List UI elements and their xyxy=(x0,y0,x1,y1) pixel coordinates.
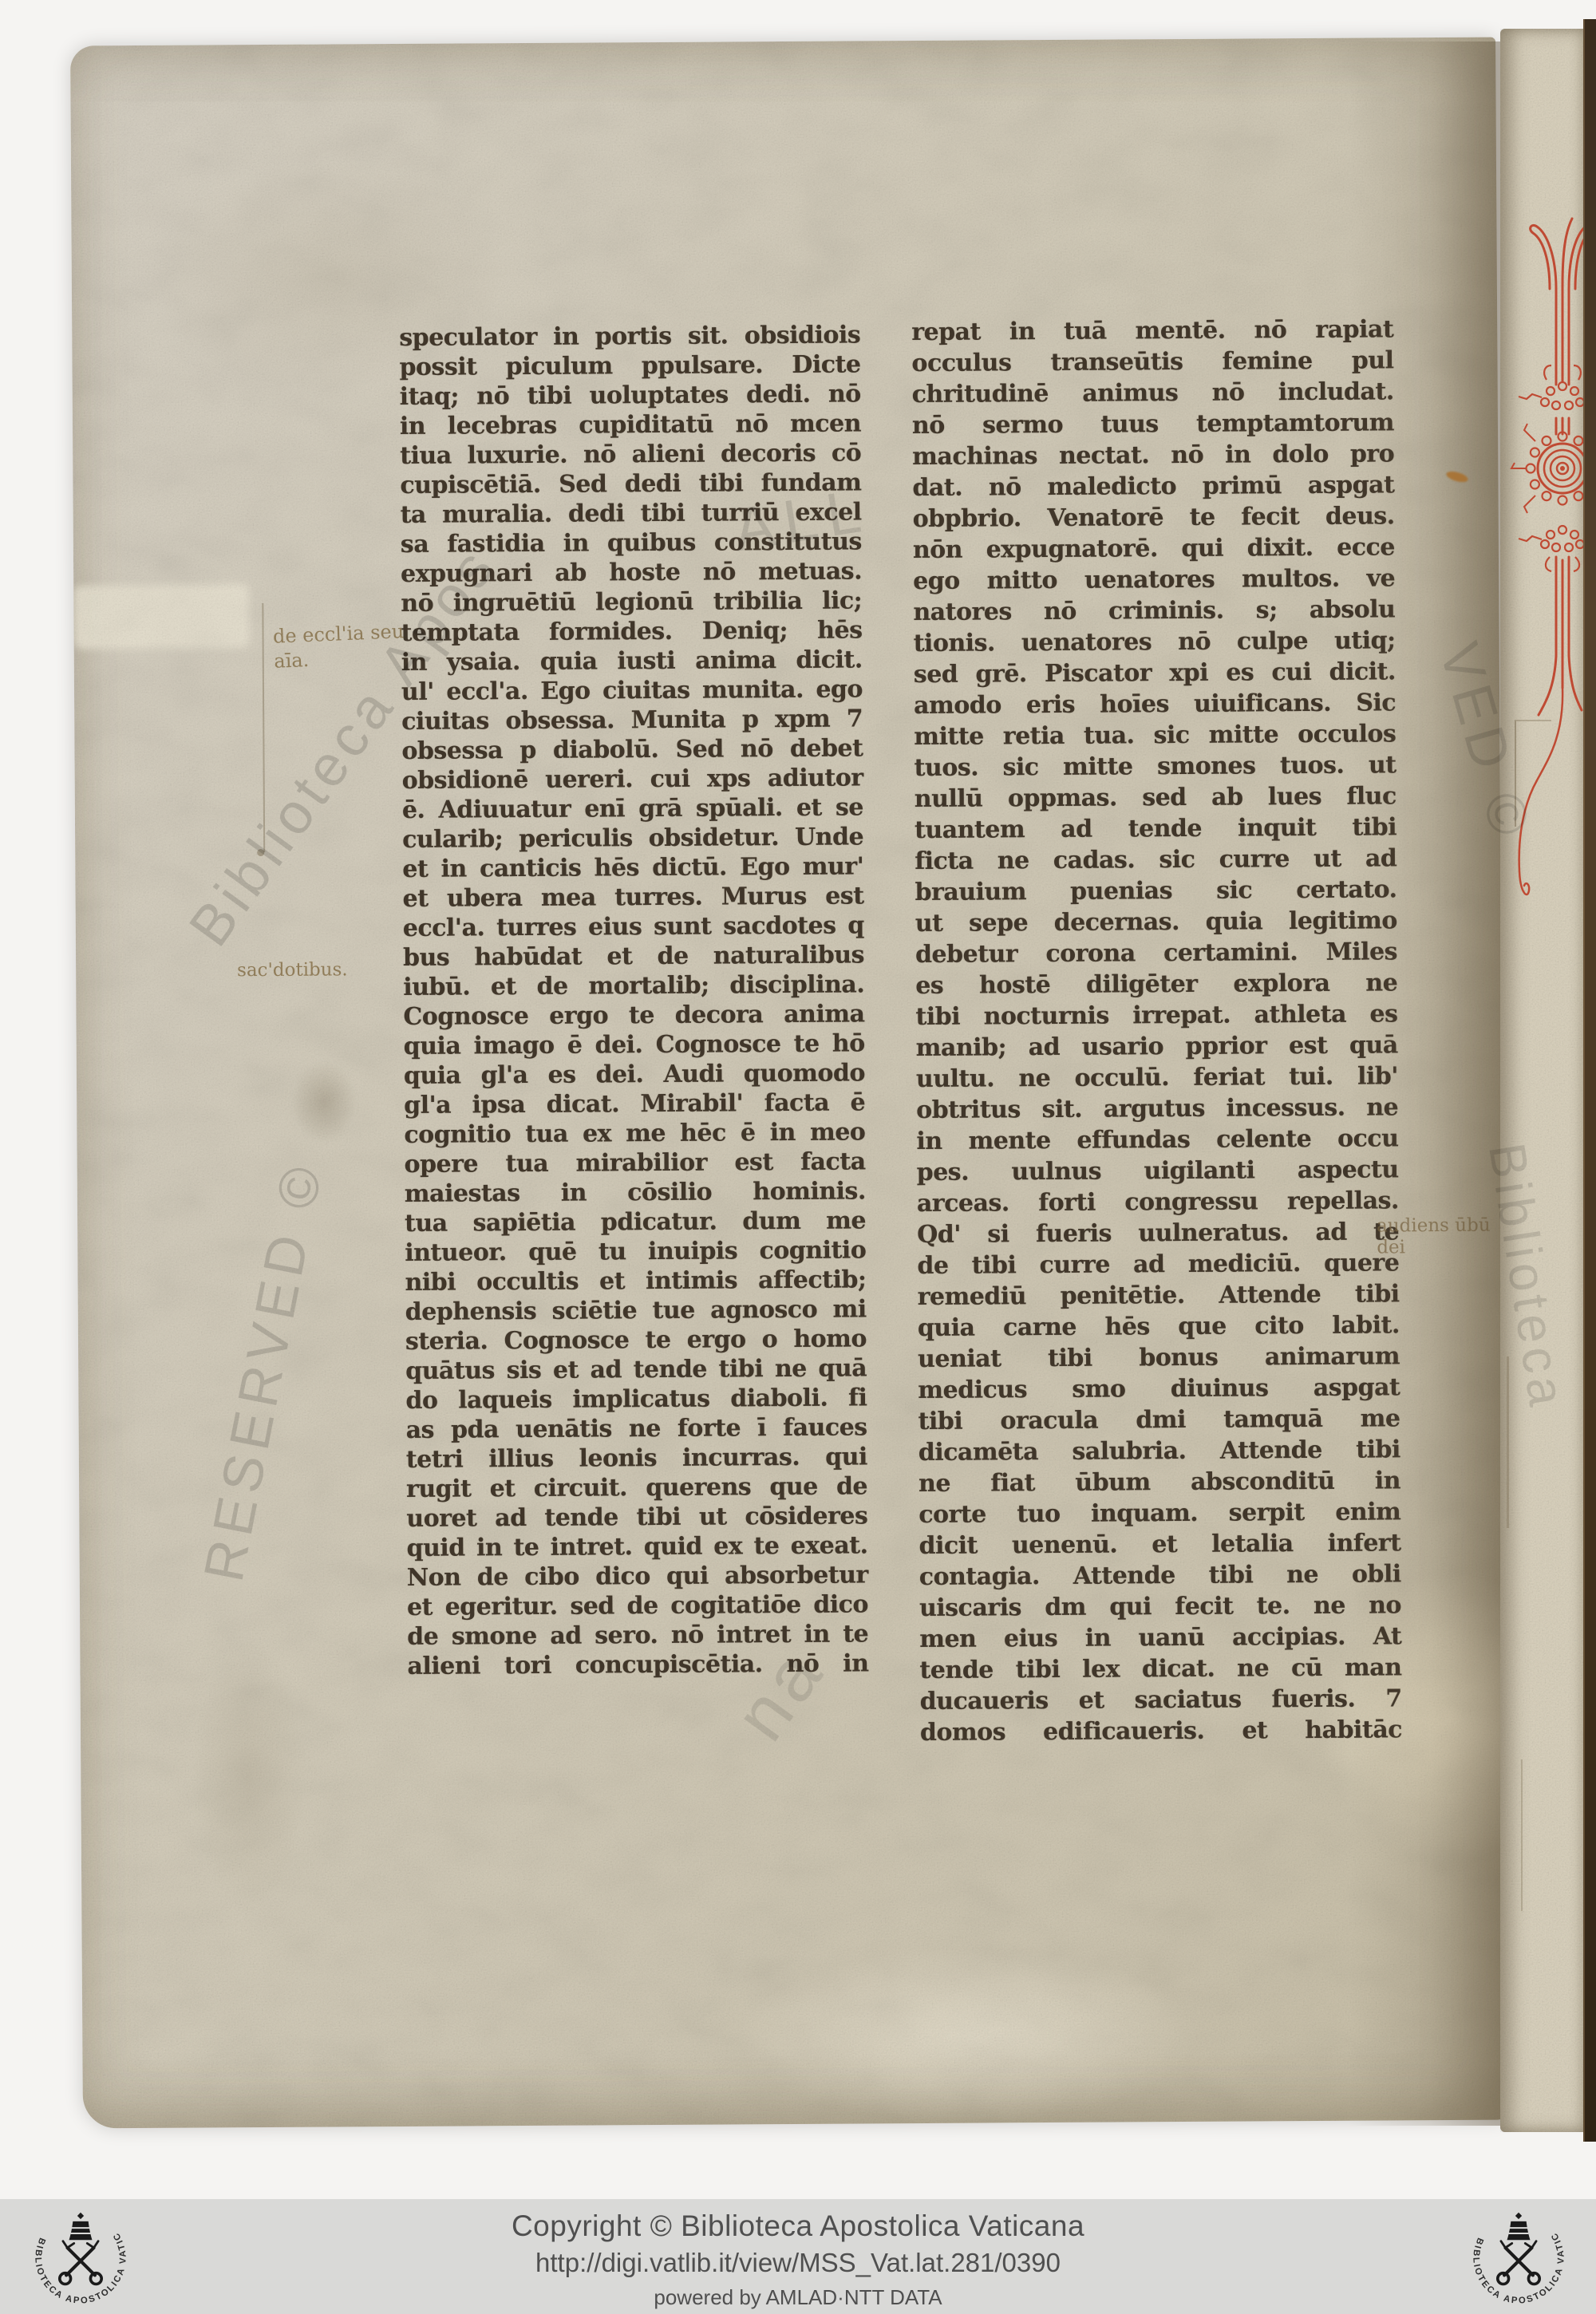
text-line: as pda uenātis ne forte ī fauces xyxy=(406,1412,867,1445)
text-line: tetri illius leonis incurras. qui xyxy=(406,1442,867,1475)
text-line: occulus transeūtis femine pul xyxy=(911,345,1393,379)
text-line: manib; ad usario pprior est quā xyxy=(916,1029,1398,1064)
text-line: mitte retia tua. sic mitte occulos xyxy=(914,718,1396,752)
text-line: quia carne hēs que cito labit. xyxy=(918,1309,1400,1344)
text-line: Cognosce ergo te decora anima xyxy=(403,999,864,1032)
copyright-footer: BIBLIOTECA APOSTOLICA VATICANA Copyright… xyxy=(0,2199,1596,2314)
stain xyxy=(672,1921,1264,2128)
text-line: et ubera mea turres. Murus est xyxy=(402,881,863,914)
text-line: itaq; nō tibi uoluptates dedi. nō xyxy=(400,379,861,412)
text-line: obpbrio. Venatorē te fecit deus. xyxy=(913,500,1395,535)
marginal-note: sac'dotibus. xyxy=(237,958,348,981)
text-line: brauium puenias sic certato. xyxy=(915,874,1396,908)
text-line: nōn expugnatorē. qui dixit. ecce xyxy=(913,531,1395,566)
text-line: in lecebras cupiditatū nō mcen xyxy=(400,409,861,441)
text-line: steria. Cognosce te ergo o homo xyxy=(405,1324,867,1356)
papal-crest-icon xyxy=(60,2213,101,2284)
text-line: tende tibi lex dicat. ne cū man xyxy=(919,1652,1401,1686)
pencil-mark xyxy=(1507,1356,1509,1528)
vatican-library-logo: BIBLIOTECA APOSTOLICA VATICANA xyxy=(1464,2201,1574,2312)
text-line: chritudinē animus nō includat. xyxy=(912,376,1394,410)
text-line: tuos. sic mitte smones tuos. ut xyxy=(914,749,1396,784)
margin-rule-mark xyxy=(257,849,264,856)
text-line: quia gl'a es dei. Audi quomodo xyxy=(404,1058,865,1091)
marginal-note-line: dei xyxy=(1377,1237,1491,1259)
text-line: quātus sis et ad tende tibi ne quā xyxy=(405,1353,867,1386)
text-line: in mente effundas celente occu xyxy=(916,1123,1398,1157)
text-line: nō sermo tuus temptamtorum xyxy=(912,407,1394,441)
text-line: obsessa p diabolū. Sed nō debet xyxy=(401,733,863,766)
manuscript-url: http://digi.vatlib.it/view/MSS_Vat.lat.2… xyxy=(319,2248,1277,2278)
text-line: tiua luxurie. nō alieni decoris cō xyxy=(400,438,861,471)
text-line: repat in tuā mentē. nō rapiat xyxy=(911,314,1393,348)
text-line: es hostē diligēter explora ne xyxy=(915,967,1397,1001)
text-line: sa fastidia in quibus constitutus xyxy=(401,527,862,559)
repair-patch xyxy=(73,584,249,649)
svg-text:BIBLIOTECA APOSTOLICA VATICANA: BIBLIOTECA APOSTOLICA VATICANA xyxy=(1464,2201,1566,2306)
text-line: et egeritur. sed de cogitatiōe dico xyxy=(407,1589,868,1622)
text-line: natores nō criminis. s; absolu xyxy=(913,594,1395,628)
text-line: speculator in portis sit. obsidiois xyxy=(399,320,860,353)
text-line: opere tua mirabilior est facta xyxy=(405,1147,866,1179)
text-line: ciuitas obsessa. Munita p xpm 7 xyxy=(401,704,863,736)
text-line: machinas nectat. nō in dolo pro xyxy=(912,438,1394,472)
margin-rule-mark xyxy=(262,603,265,852)
text-line: sed grē. Piscator xpi es cui dicit. xyxy=(914,656,1396,690)
text-line: eccl'a. turres eius sunt sacdotes q xyxy=(403,910,864,943)
powered-by-line: powered by AMLAD·NTT DATA xyxy=(319,2285,1277,2310)
text-column-left: speculator in portis sit. obsidioispossi… xyxy=(399,320,868,1680)
vatican-library-logo: BIBLIOTECA APOSTOLICA VATICANA xyxy=(26,2201,136,2312)
copyright-line: Copyright © Biblioteca Apostolica Vatica… xyxy=(319,2209,1277,2243)
text-line: bus habūdat et de naturalibus xyxy=(403,940,864,973)
text-line: remediū penitētie. Attende tibi xyxy=(918,1278,1400,1313)
text-line: uiscaris dm qui fecit te. ne no xyxy=(919,1589,1401,1624)
text-line: ducaueris et saciatus fueris. 7 xyxy=(920,1683,1402,1717)
text-line: uoret ad tende tibi ut cōsideres xyxy=(406,1501,867,1534)
binding-edge xyxy=(1583,19,1596,2142)
text-line: ego mitto uenatores multos. ve xyxy=(913,563,1395,597)
text-line: corte tuo inquam. serpit enim xyxy=(918,1496,1400,1530)
manuscript-page: speculator in portis sit. obsidioispossi… xyxy=(70,38,1508,2129)
logo-arc-text: BIBLIOTECA APOSTOLICA VATICANA xyxy=(26,2201,128,2306)
text-line: dat. nō maledicto primū aspgat xyxy=(912,469,1394,503)
text-line: nō ingruētiū legionū tribilia lic; xyxy=(401,586,862,618)
text-line: de tibi curre ad mediciū. quere xyxy=(917,1247,1399,1281)
text-line: nullū oppmas. sed ab lues fluc xyxy=(915,780,1396,815)
text-line: uultu. ne occulū. feriat tui. lib' xyxy=(916,1060,1398,1095)
text-line: amodo eris hoīes uiuificans. Sic xyxy=(914,687,1396,721)
text-line: contagia. Attende tibi ne obli xyxy=(919,1558,1401,1593)
stain xyxy=(280,1045,369,1158)
pencil-mark xyxy=(1515,720,1551,827)
text-line: cupiscētiā. Sed dedi tibi fundam xyxy=(400,468,861,500)
text-line: possit piculum ppulsare. Dicte xyxy=(399,349,860,382)
text-line: iubū. et de mortalib; disciplina. xyxy=(403,969,864,1002)
text-line: Qd' si fueris uulneratus. ad te xyxy=(917,1216,1399,1250)
text-line: Non de cibo dico qui absorbetur xyxy=(407,1560,868,1593)
text-line: ē. Adiuuatur enī grā spūali. et se xyxy=(402,792,863,825)
text-line: do laqueis implicatus diaboli. fi xyxy=(405,1383,867,1416)
text-line: tuantem ad tende inquit tibi xyxy=(915,811,1396,846)
text-line: medicus smo diuinus aspgat xyxy=(918,1372,1400,1406)
text-line: temptata formides. Deniq; hēs xyxy=(401,615,862,648)
text-line: ficta ne cadas. sic curre ut ad xyxy=(915,843,1396,877)
text-line: obtritus sit. argutus incessus. ne xyxy=(916,1092,1398,1126)
text-line: ut sepe decernas. quia legitimo xyxy=(915,905,1397,939)
marginal-note-line: aīa. xyxy=(274,644,405,674)
text-line: dicamēta salubria. Attende tibi xyxy=(918,1434,1400,1468)
text-line: nibi occultis et intimis affectib; xyxy=(405,1265,866,1297)
text-line: ul' eccl'a. Ego ciuitas munita. ego xyxy=(401,674,863,707)
text-line: tibi nocturnis irrepat. athleta es xyxy=(915,998,1397,1033)
text-line: quid in te intret. quid ex te exeat. xyxy=(406,1530,867,1563)
text-line: cularib; periculis obsidetur. Unde xyxy=(402,822,863,855)
marginal-note-line: sac'dotibus. xyxy=(237,958,348,981)
text-line: debetur corona certamini. Miles xyxy=(915,936,1397,970)
text-line: in ysaia. quia iusti anima dicit. xyxy=(401,645,863,677)
text-line: de smone ad sero. nō intret in te xyxy=(407,1619,868,1652)
text-line: men eius in uanū accipias. At xyxy=(919,1621,1401,1655)
text-line: pes. uulnus uigilanti aspectu xyxy=(917,1154,1399,1188)
marginal-note: de eccl'ia seuaīa. xyxy=(272,619,405,674)
text-line: dicit uenenū. et letalia infert xyxy=(918,1527,1400,1562)
text-line: dephensis sciētie tue agnosco mi xyxy=(405,1294,867,1327)
stain xyxy=(176,1609,322,1945)
text-line: ueniat tibi bonus animarum xyxy=(918,1341,1400,1375)
text-line: quia imago ē dei. Cognosce te hō xyxy=(404,1029,865,1061)
footer-text-block: Copyright © Biblioteca Apostolica Vatica… xyxy=(319,2199,1277,2310)
text-line: rugit et circuit. querens que de xyxy=(406,1471,867,1504)
text-line: obsidionē uereri. cui xps adiutor xyxy=(402,763,863,796)
text-line: gl'a ipsa dicat. Mirabil' facta ē xyxy=(404,1088,865,1120)
marginal-note-line: audiens ūbū xyxy=(1377,1215,1491,1238)
text-line: tionis. uenatores nō culpe utiq; xyxy=(914,625,1396,659)
text-line: maiestas in cōsilio hominis. xyxy=(405,1176,866,1209)
text-line: tibi oracula dmi tamquā me xyxy=(918,1403,1400,1437)
pencil-mark xyxy=(1521,1759,1523,1911)
digitized-manuscript-viewer: { "scan": { "watermark_fragments": { "f1… xyxy=(0,0,1596,2314)
text-line: expugnari ab hoste nō metuas. xyxy=(401,556,862,589)
text-line: arceas. forti congressu repellas. xyxy=(917,1185,1399,1219)
text-line: et in canticis hēs dictū. Ego mur' xyxy=(402,851,863,884)
text-line: domos edificaueris. et habitāc xyxy=(920,1714,1402,1748)
svg-text:BIBLIOTECA APOSTOLICA VATICANA: BIBLIOTECA APOSTOLICA VATICANA xyxy=(26,2201,128,2306)
text-line: alieni tori concupiscētia. nō in xyxy=(407,1649,868,1681)
text-line: ta muralia. dedi tibi turriū excel xyxy=(401,497,862,530)
text-column-right: repat in tuā mentē. nō rapiatocculus tra… xyxy=(911,314,1402,1748)
text-line: tua sapiētia pdicatur. dum me xyxy=(405,1206,866,1238)
papal-crest-icon xyxy=(1498,2213,1539,2284)
text-line: ne fiat ūbum absconditū in xyxy=(918,1465,1400,1499)
marginal-note: audiens ūbūdei xyxy=(1377,1215,1491,1259)
text-line: cognitio tua ex me hēc ē in meo xyxy=(404,1117,865,1150)
text-line: intueor. quē tu inuipis cognitio xyxy=(405,1235,866,1268)
logo-arc-text: BIBLIOTECA APOSTOLICA VATICANA xyxy=(1464,2201,1566,2306)
